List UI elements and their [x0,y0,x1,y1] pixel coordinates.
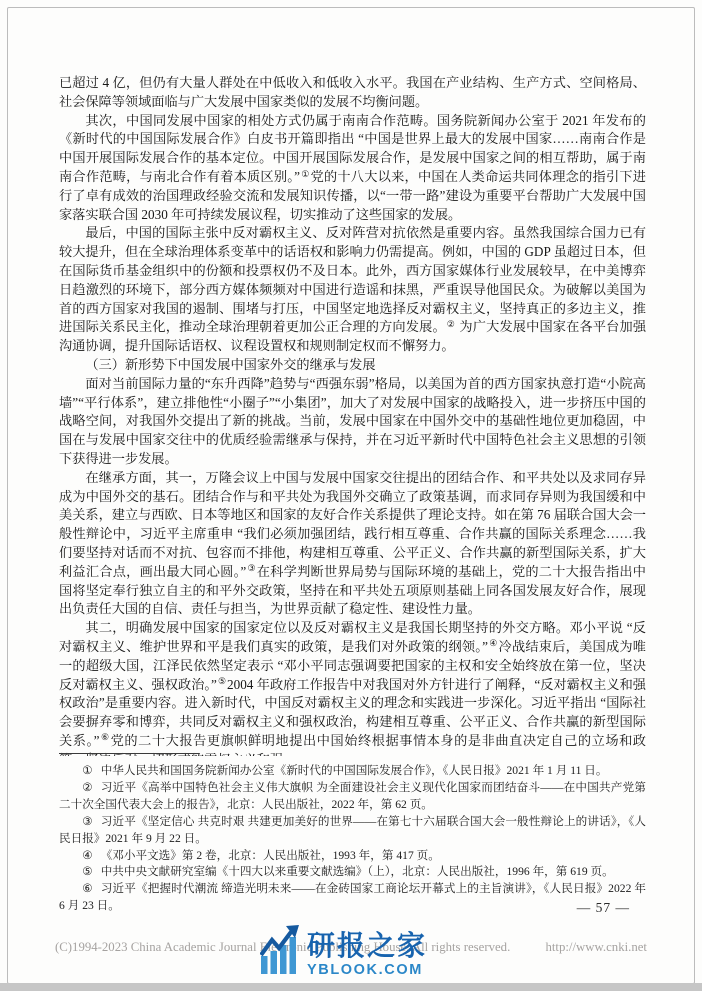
footnote-marker: ② [82,781,93,794]
footnotes-section: ①中华人民共和国国务院新闻办公室《新时代的中国国际发展合作》，《人民日报》202… [59,753,646,915]
footnote-text: 习近平《高举中国特色社会主义伟大旗帜 为全面建设社会主义现代化国家而团结奋斗——… [59,781,646,811]
body-paragraph: 在继承方面，其一，万隆会议上中国与发展中国家交往提出的团结合作、和平共处以及求同… [59,469,646,619]
article-body: 已超过 4 亿，但仍有大量人群处在中低收入和低收入水平。我国在产业结构、生产方式… [59,74,646,756]
footnote-text: 中华人民共和国国务院新闻办公室《新时代的中国国际发展合作》，《人民日报》2021… [101,764,608,777]
watermark-text: 研报之家 YBLOOK.COM [307,932,427,978]
footnote-ref: ⑤ [218,676,226,686]
footnote-marker: ⑤ [82,865,92,878]
footnote-text: 中共中央文献研究室编《十四大以来重要文献选编》（上），北京：人民出版社，1996… [101,865,614,878]
footnote-item: ②习近平《高举中国特色社会主义伟大旗帜 为全面建设社会主义现代化国家而团结奋斗—… [59,780,646,814]
footnote-text: 习近平《把握时代潮流 缔造光明未来——在金砖国家工商论坛开幕式上的主旨演讲》，《… [59,882,646,912]
footnote-marker: ④ [82,849,92,862]
logo-subtitle: YBLOOK.COM [307,963,423,978]
footnote-ref: ② [447,319,455,329]
footnote-item: ⑥习近平《把握时代潮流 缔造光明未来——在金砖国家工商论坛开幕式上的主旨演讲》，… [59,881,646,915]
footnote-marker: ⑥ [82,882,93,895]
trend-arrow-bars-icon [260,925,300,977]
scan-edge-strip [0,983,702,991]
footnote-separator [59,753,199,754]
body-paragraph: 其次，中国同发展中国家的相处方式仍属于南南合作范畴。国务院新闻办公室于 2021… [59,112,646,225]
footnote-item: ①中华人民共和国国务院新闻办公室《新时代的中国国际发展合作》，《人民日报》202… [59,763,646,780]
footnote-ref: ④ [489,638,498,648]
body-paragraph: 最后，中国的国际主张中反对霸权主义、反对阵营对抗依然是重要内容。虽然我国综合国力… [59,224,646,356]
footnote-marker: ① [82,764,92,777]
footnote-list: ①中华人民共和国国务院新闻办公室《新时代的中国国际发展合作》，《人民日报》202… [59,763,646,915]
footnote-text: 《邓小平文选》第 2 卷，北京：人民出版社，1993 年，第 417 页。 [101,849,440,862]
journal-scan-page: 已超过 4 亿，但仍有大量人群处在中低收入和低收入水平。我国在产业结构、生产方式… [0,0,702,991]
footnote-ref: ⑥ [100,732,109,742]
footnote-item: ④《邓小平文选》第 2 卷，北京：人民出版社，1993 年，第 417 页。 [59,848,646,865]
footnote-item: ③习近平《坚定信心 共克时艰 共建更加美好的世界——在第七十六届联合国大会一般性… [59,814,646,848]
footnote-text: 习近平《坚定信心 共克时艰 共建更加美好的世界——在第七十六届联合国大会一般性辩… [59,815,646,845]
cnki-url: http://www.cnki.net [545,940,647,955]
logo-title: 研报之家 [307,932,427,960]
section-heading: （三）新形势下中国发展中国家外交的继承与发展 [59,356,646,375]
body-paragraph: 其二，明确发展中国家的国家定位以及反对霸权主义是我国长期坚持的外交方略。邓小平说… [59,619,646,756]
body-paragraph: 面对当前国际力量的“东升西降”趋势与“西强东弱”格局，以美国为首的西方国家执意打… [59,375,646,469]
yblook-watermark: 研报之家 YBLOOK.COM [260,925,427,977]
footnote-marker: ③ [82,815,93,828]
footnote-ref: ① [301,169,310,179]
footnote-item: ⑤中共中央文献研究室编《十四大以来重要文献选编》（上），北京：人民出版社，199… [59,864,646,881]
body-paragraph: 已超过 4 亿，但仍有大量人群处在中低收入和低收入水平。我国在产业结构、生产方式… [59,74,646,112]
footnote-ref: ③ [247,563,256,573]
page-number: — 57 — [577,900,630,916]
